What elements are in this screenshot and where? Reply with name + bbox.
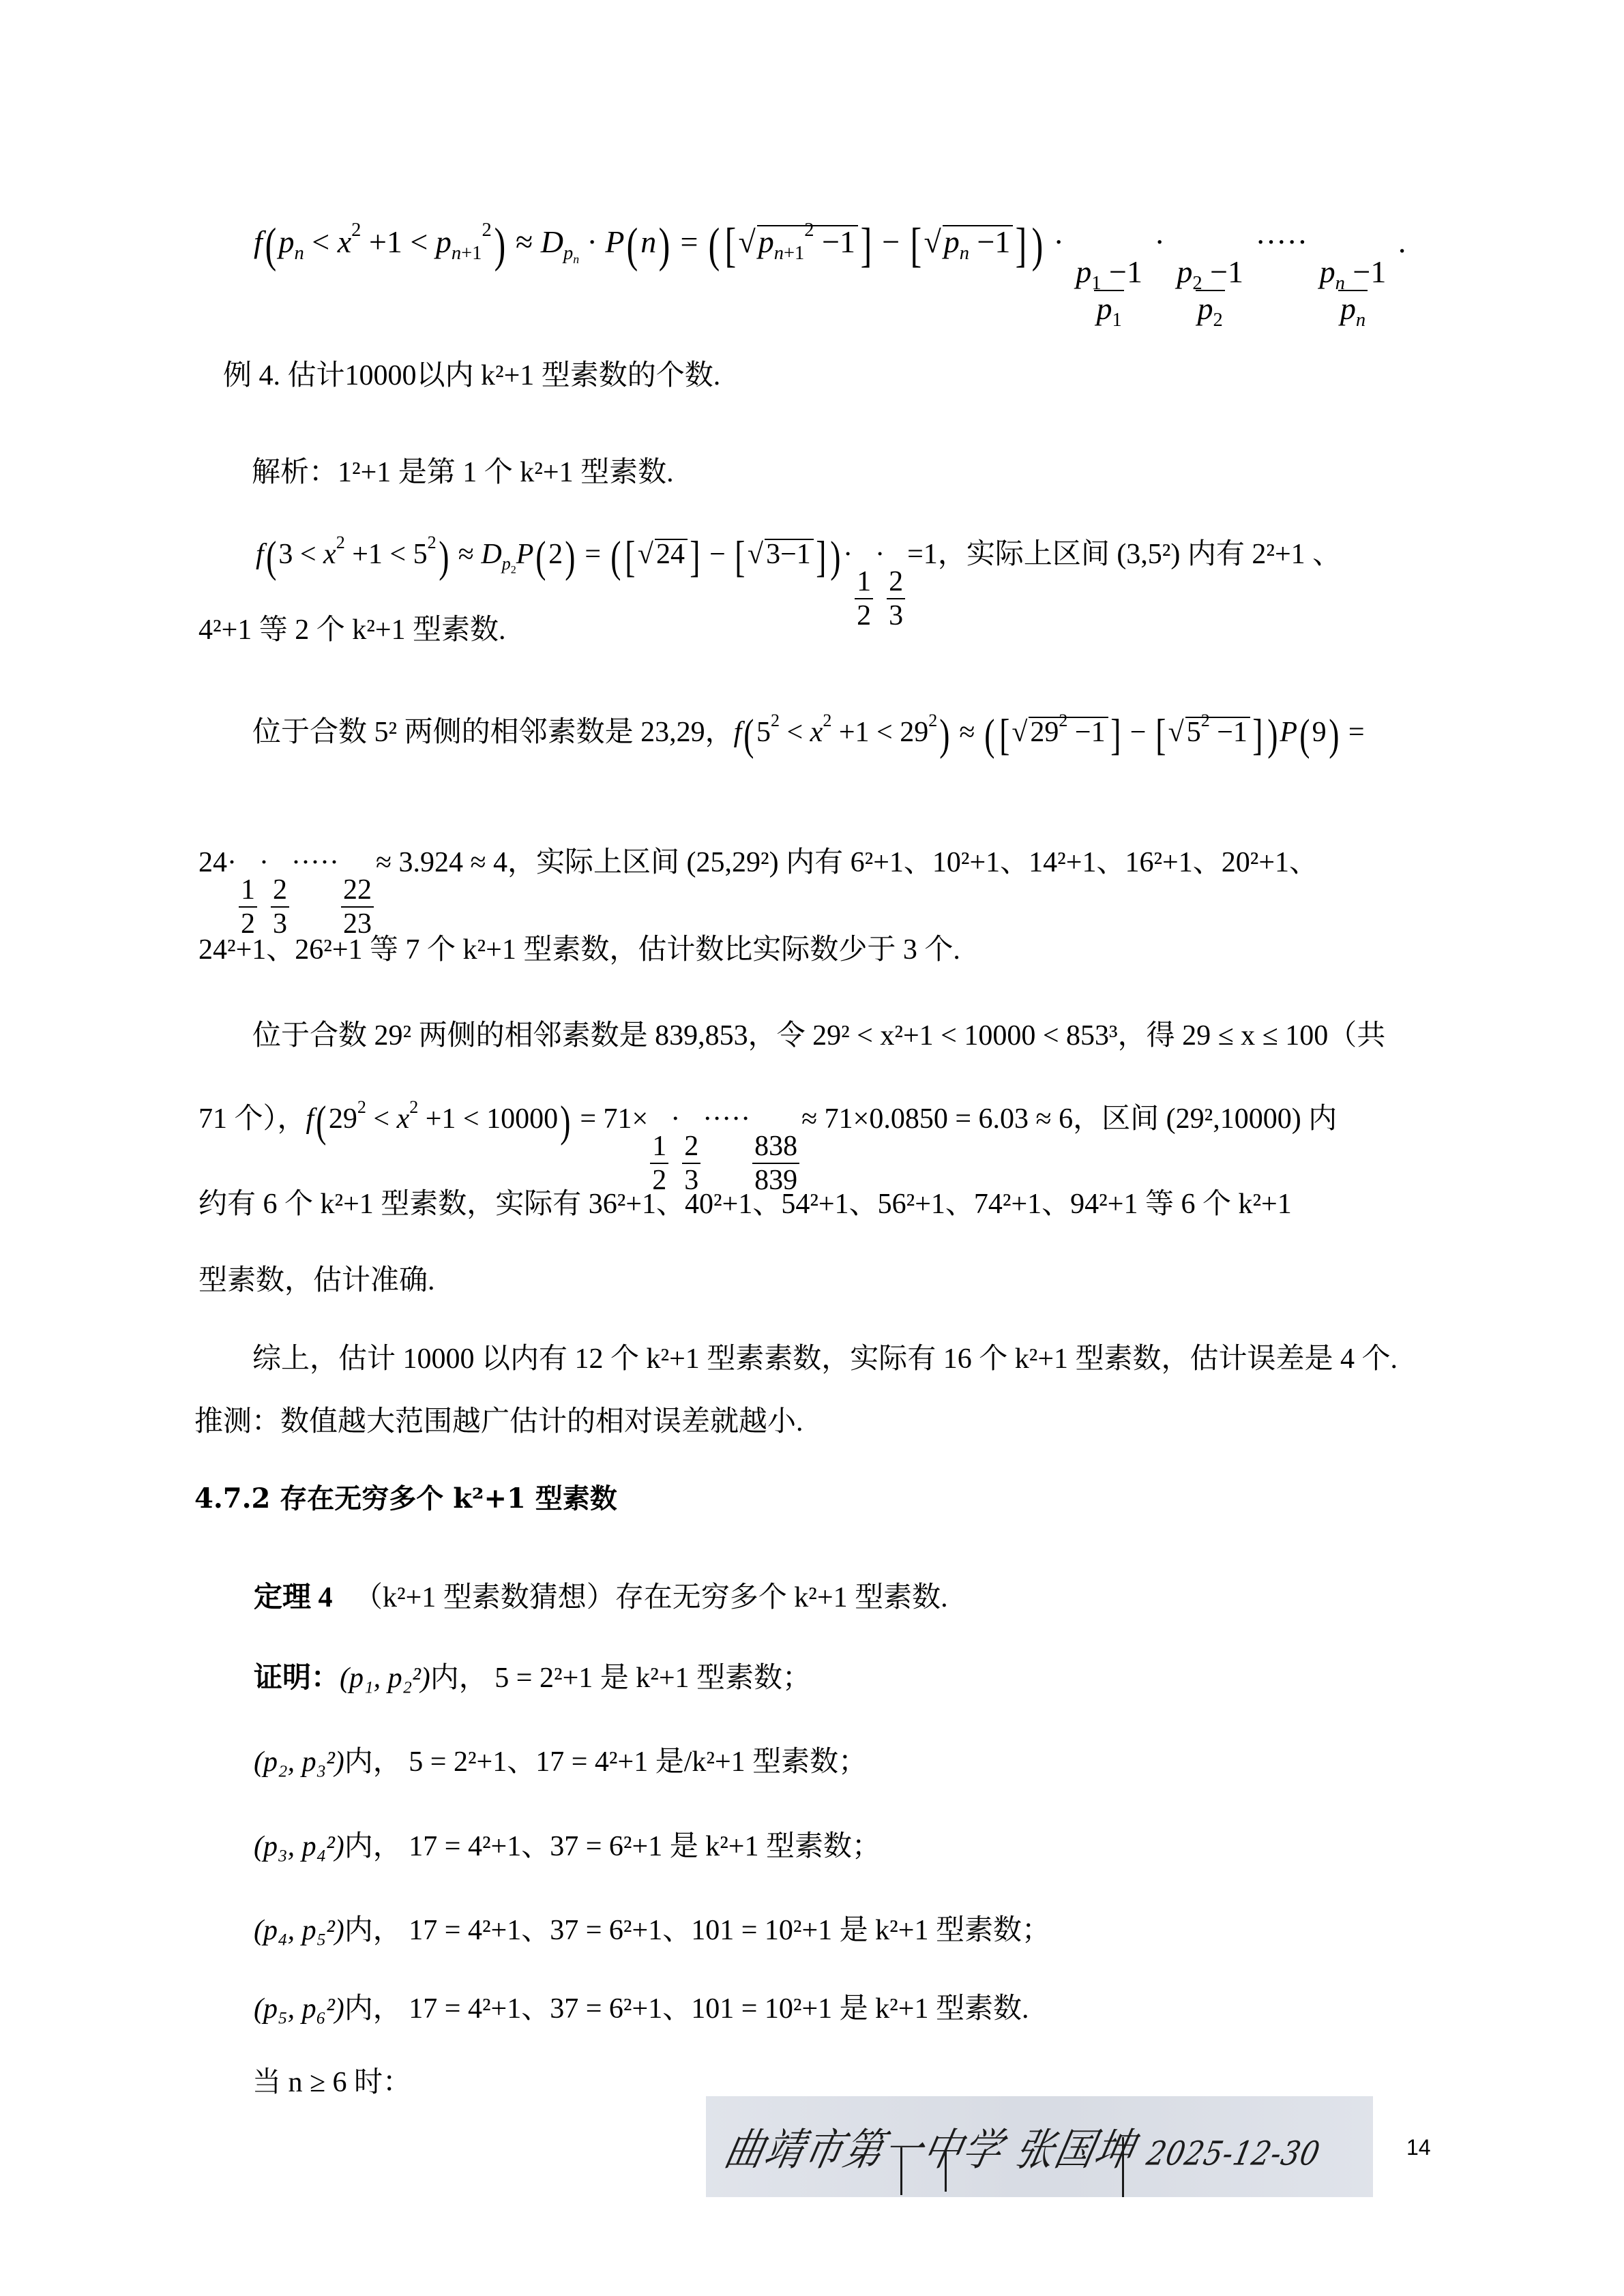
signature-stroke	[945, 2151, 947, 2192]
signature-date: 2025-12-30	[1144, 2134, 1324, 2173]
page-number: 14	[1406, 2135, 1431, 2160]
signature-stroke	[1122, 2137, 1124, 2197]
signature-text: 曲靖市第一中学 张国坤 2025-12-30	[720, 2115, 1327, 2178]
solution-line-8: 71 个），f(292 < x2 +1 < 10000) = 71×12·23·…	[198, 1105, 1337, 1195]
example-label: 例 4.	[223, 360, 280, 391]
example-heading: 例 4. 估计10000以内 k²+1 型素数的个数.	[223, 361, 720, 390]
conjecture-line: 推测：数值越大范围越广估计的相对误差就越小.	[194, 1407, 803, 1436]
solution-line-7: 位于合数 29² 两侧的相邻素数是 839,853，令 29² < x²+1 <…	[252, 1022, 1385, 1050]
section-heading: 4.7.2 存在无穷多个 k²+1 型素数	[194, 1485, 617, 1512]
solution-line-6: 24²+1、26²+1 等 7 个 k²+1 型素数，估计数比实际数少于 3 个…	[198, 936, 960, 964]
section-title: 存在无穷多个 k²+1 型素数	[280, 1482, 617, 1515]
solution-line-9: 约有 6 个 k²+1 型素数，实际有 36²+1、40²+1、54²+1、56…	[198, 1190, 1292, 1219]
solution-line-5: 24·12·23·····2223≈ 3.924 ≈ 4，实际上区间 (25,2…	[198, 848, 1318, 939]
formula-density-estimate: f(pn < x2 +1 < pn+12) ≈ Dpn · P(n) = ([√…	[254, 225, 1406, 325]
solution-line-1: 解析：1²+1 是第 1 个 k²+1 型素数.	[252, 458, 674, 487]
theorem-line: 定理 4 （k²+1 型素数猜想）存在无穷多个 k²+1 型素数.	[254, 1583, 948, 1612]
solution-line-10: 型素数，估计准确.	[198, 1266, 435, 1295]
theorem-name: （k²+1 型素数猜想）	[354, 1582, 615, 1613]
proof-case-1: 证明：(p₁, p₂²)内， 5 = 2²+1 是 k²+1 型素数；	[254, 1664, 811, 1693]
proof-case-5: (p₅, p₆²)内， 17 = 4²+1、37 = 6²+1、101 = 10…	[254, 1995, 1029, 2023]
example-text: 估计10000以内 k²+1 型素数的个数.	[288, 360, 721, 391]
proof-case-4: (p₄, p₅²)内， 17 = 4²+1、37 = 6²+1、101 = 10…	[254, 1916, 1050, 1945]
section-number: 4.7.2	[194, 1482, 270, 1515]
theorem-label: 定理 4	[254, 1582, 333, 1613]
theorem-statement: 存在无穷多个 k²+1 型素数.	[615, 1582, 948, 1613]
solution-label: 解析：	[252, 457, 338, 488]
proof-label: 证明：	[254, 1663, 340, 1694]
solution-line-3: 4²+1 等 2 个 k²+1 型素数.	[198, 616, 506, 644]
signature-stroke	[900, 2147, 902, 2195]
proof-when-line: 当 n ≥ 6 时：	[252, 2068, 411, 2097]
proof-case-2: (p₂, p₃²)内， 5 = 2²+1、17 = 4²+1 是/k²+1 型素…	[254, 1748, 867, 1776]
handwritten-signature: 曲靖市第一中学 张国坤 2025-12-30	[706, 2096, 1373, 2197]
summary-line: 综上，估计 10000 以内有 12 个 k²+1 型素素数，实际有 16 个 …	[252, 1345, 1398, 1373]
proof-case-3: (p₃, p₄²)内， 17 = 4²+1、37 = 6²+1 是 k²+1 型…	[254, 1832, 881, 1861]
solution-line-4: 位于合数 5² 两侧的相邻素数是 23,29，f(52 < x2 +1 < 29…	[252, 717, 1365, 747]
